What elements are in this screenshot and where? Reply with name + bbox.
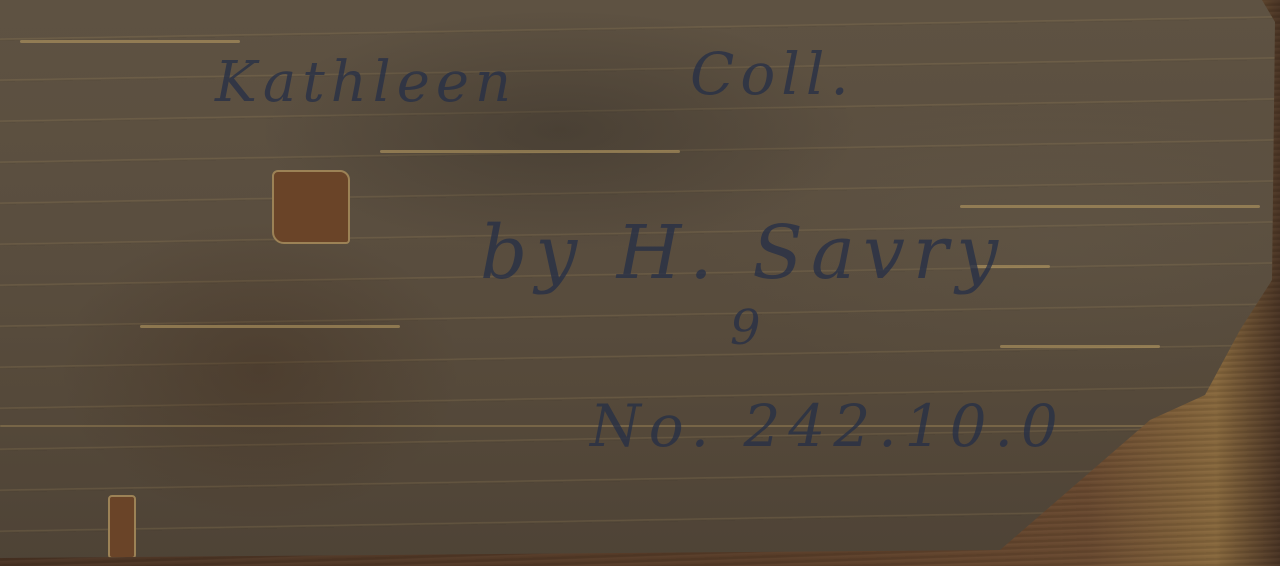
torn-patch-bottom bbox=[108, 495, 136, 559]
inscription-mark: 9 bbox=[730, 300, 767, 356]
inscription-collection: Coll. bbox=[690, 40, 855, 108]
inscription-number: No. 242.10.0 bbox=[590, 392, 1066, 460]
torn-patch bbox=[272, 170, 350, 244]
crease bbox=[1000, 345, 1160, 348]
crease bbox=[380, 150, 680, 153]
crease bbox=[140, 325, 400, 328]
inscription-artist: by H. Savry bbox=[480, 210, 1006, 296]
crease bbox=[20, 40, 240, 43]
crease bbox=[960, 205, 1260, 208]
inscription-name: Kathleen bbox=[215, 50, 517, 115]
